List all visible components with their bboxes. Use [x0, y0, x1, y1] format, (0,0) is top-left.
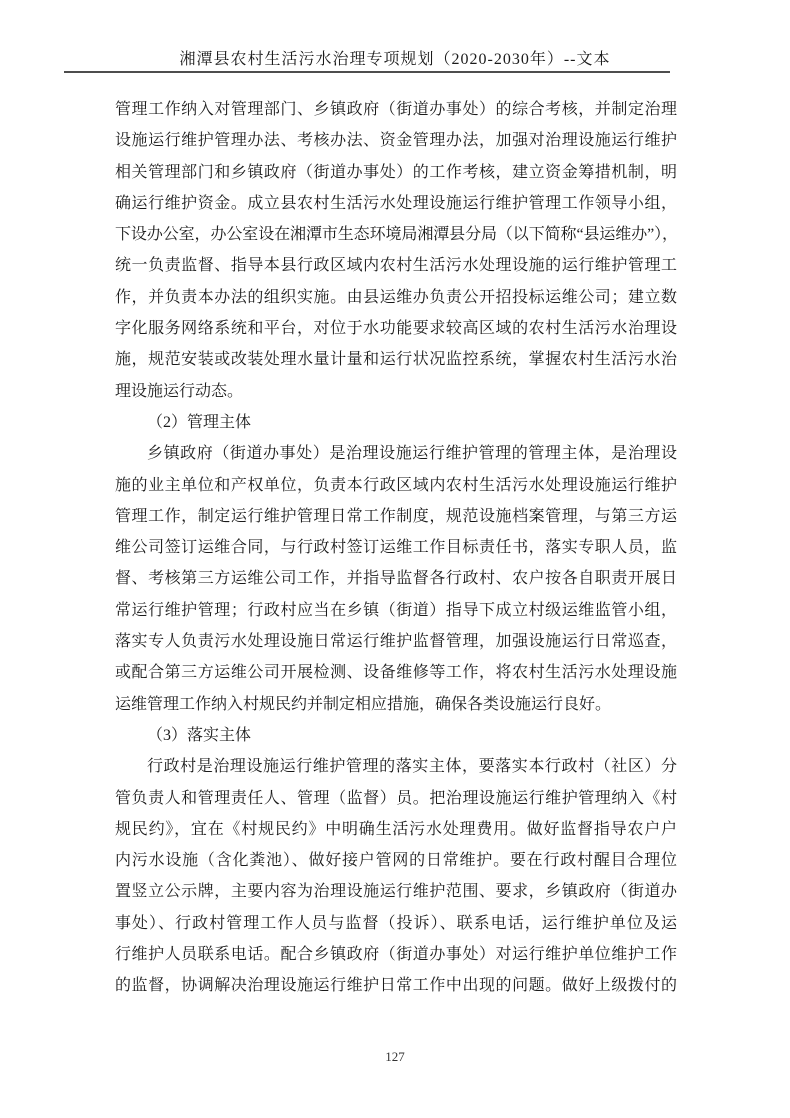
text-line: 设施运行维护管理办法、考核办法、资金管理办法，加强对治理设施运行维护: [115, 125, 677, 156]
text-line: 确运行维护资金。成立县农村生活污水处理设施运行维护管理工作领导小组，: [115, 188, 677, 219]
text-line: 行政村是治理设施运行维护管理的落实主体，要落实本行政村（社区）分: [115, 751, 677, 782]
text-line: 作，并负责本办法的组织实施。由县运维办负责公开招投标运维公司；建立数: [115, 282, 677, 313]
text-line: 事处）、行政村管理工作人员与监督（投诉）、联系电话，运行维护单位及运: [115, 908, 677, 939]
text-line: 管理工作，制定运行维护管理日常工作制度，规范设施档案管理，与第三方运: [115, 501, 677, 532]
text-line: 内污水设施（含化粪池）、做好接户管网的日常维护。要在行政村醒目合理位: [115, 845, 677, 876]
text-line: 相关管理部门和乡镇政府（街道办事处）的工作考核，建立资金筹措机制，明: [115, 157, 677, 188]
text-line: 施的业主单位和产权单位，负责本行政区域内农村生活污水处理设施运行维护: [115, 470, 677, 501]
document-page: 湘潭县农村生活污水治理专项规划（2020-2030年）--文本 管理工作纳入对管…: [0, 0, 790, 1118]
text-line: 的监督，协调解决治理设施运行维护日常工作中出现的问题。做好上级拨付的: [115, 970, 677, 1001]
text-line: 督、考核第三方运维公司工作，并指导监督各行政村、农户按各自职责开展日: [115, 563, 677, 594]
text-line: 行维护人员联系电话。配合乡镇政府（街道办事处）对运行维护单位维护工作: [115, 939, 677, 970]
text-line: 或配合第三方运维公司开展检测、设备维修等工作，将农村生活污水处理设施: [115, 657, 677, 688]
text-line: 管负责人和管理责任人、管理（监督）员。把治理设施运行维护管理纳入《村: [115, 783, 677, 814]
text-line: 理设施运行动态。: [115, 376, 677, 407]
text-line: 统一负责监督、指导本县行政区域内农村生活污水处理设施的运行维护管理工: [115, 250, 677, 281]
text-line: 规民约》，宜在《村规民约》中明确生活污水处理费用。做好监督指导农户户: [115, 814, 677, 845]
page-header-title: 湘潭县农村生活污水治理专项规划（2020-2030年）--文本: [0, 46, 790, 69]
header-rule: [64, 71, 670, 73]
text-line: 乡镇政府（街道办事处）是治理设施运行维护管理的管理主体，是治理设: [115, 438, 677, 469]
text-line: 字化服务网络系统和平台，对位于水功能要求较高区域的农村生活污水治理设: [115, 313, 677, 344]
text-line: 施，规范安装或改装处理水量计量和运行状况监控系统，掌握农村生活污水治: [115, 344, 677, 375]
section-heading: （2）管理主体: [115, 407, 677, 438]
text-line: 维公司签订运维合同，与行政村签订运维工作目标责任书，落实专职人员，监: [115, 532, 677, 563]
page-number: 127: [0, 1049, 790, 1065]
text-line: 运维管理工作纳入村规民约并制定相应措施，确保各类设施运行良好。: [115, 689, 677, 720]
text-line: 管理工作纳入对管理部门、乡镇政府（街道办事处）的综合考核，并制定治理: [115, 94, 677, 125]
section-heading: （3）落实主体: [115, 720, 677, 751]
text-line: 下设办公室，办公室设在湘潭市生态环境局湘潭县分局（以下简称“县运维办”），: [115, 219, 677, 250]
document-body: 管理工作纳入对管理部门、乡镇政府（街道办事处）的综合考核，并制定治理设施运行维护…: [115, 94, 677, 1002]
text-line: 置竖立公示牌，主要内容为治理设施运行维护范围、要求，乡镇政府（街道办: [115, 876, 677, 907]
text-line: 落实专人负责污水处理设施日常运行维护监督管理，加强设施运行日常巡查，: [115, 626, 677, 657]
text-line: 常运行维护管理；行政村应当在乡镇（街道）指导下成立村级运维监管小组，: [115, 595, 677, 626]
